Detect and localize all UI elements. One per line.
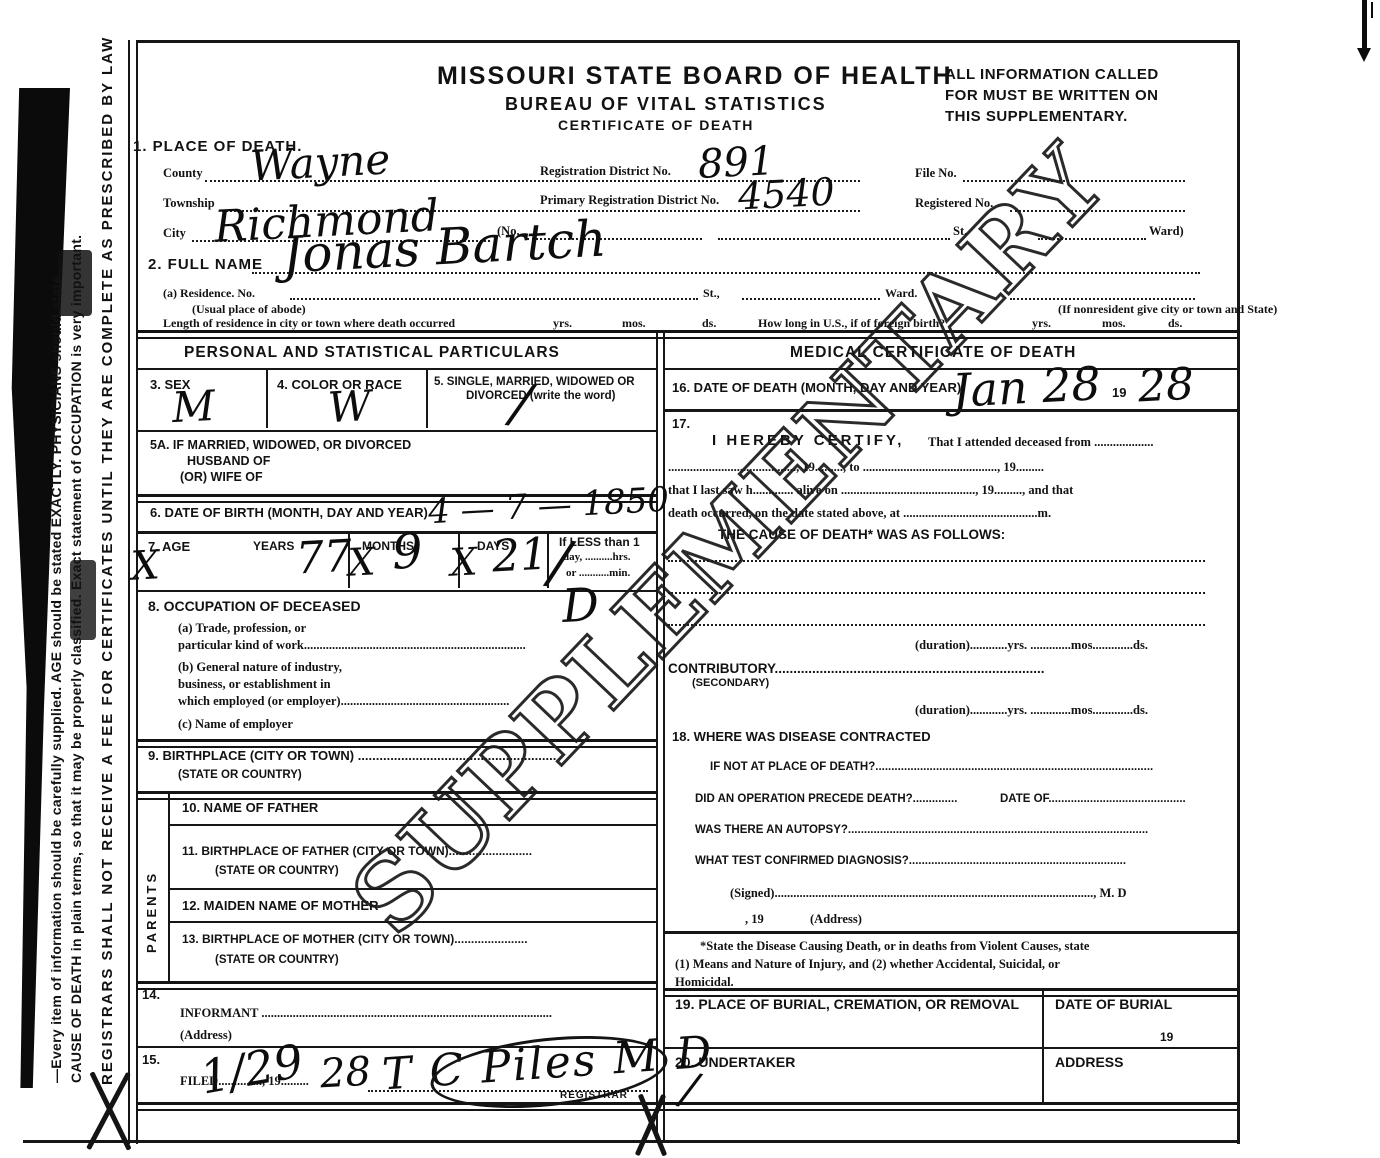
rule-under-psp xyxy=(136,368,658,370)
field18-label: 18. WHERE WAS DISEASE CONTRACTED xyxy=(672,729,931,744)
divider-center-outer xyxy=(656,332,658,1142)
date-of-death-19: 19 xyxy=(1112,385,1126,400)
age-days-value: 21 xyxy=(491,529,550,583)
dob-label: 6. DATE OF BIRTH (MONTH, DAY AND YEAR) xyxy=(150,505,428,520)
mother-birthplace-label: 13. BIRTHPLACE OF MOTHER (CITY OR TOWN).… xyxy=(182,932,528,946)
informant-address-label: (Address) xyxy=(180,1028,232,1043)
residence-st-label: St., xyxy=(703,286,720,301)
margin-note-line1: —Every item of information should be car… xyxy=(46,235,66,1083)
undertaker-address-label: ADDRESS xyxy=(1055,1054,1123,1070)
registrar-label: REGISTRAR xyxy=(560,1090,628,1101)
duration-line1: (duration)............yrs. .............… xyxy=(915,638,1148,653)
birthplace-state-label: (STATE OR COUNTRY) xyxy=(178,769,302,781)
attended-text: That I attended deceased from ..........… xyxy=(928,435,1153,450)
sex-value: M xyxy=(171,381,217,432)
burial-place-label: 19. PLACE OF BURIAL, CREMATION, OR REMOV… xyxy=(675,996,1019,1012)
rule-under-19 xyxy=(664,1047,1238,1049)
rule-under-18 xyxy=(664,931,1238,934)
mother-maiden-label: 12. MAIDEN NAME OF MOTHER xyxy=(182,898,378,913)
marital-label-line2: DIVORCED (write the word) xyxy=(466,390,616,402)
howlong-ds: ds. xyxy=(1168,316,1182,331)
township-label: Township xyxy=(163,196,215,211)
date-of-death-year: 28 xyxy=(1137,359,1196,413)
sep-race-marital xyxy=(426,370,428,428)
marital-label-line1: 5. SINGLE, MARRIED, WIDOWED OR xyxy=(434,376,635,388)
age-x-mid: X xyxy=(347,539,376,584)
parents-vertical-label: PARENTS xyxy=(144,871,159,953)
burial-date-label: DATE OF BURIAL xyxy=(1055,996,1172,1012)
abode-note: (Usual place of abode) xyxy=(192,302,306,317)
occupation-a1: (a) Trade, profession, or xyxy=(178,621,306,636)
occupation-label: 8. OCCUPATION OF DECEASED xyxy=(148,598,361,614)
length-mos: mos. xyxy=(622,316,646,331)
street-line xyxy=(718,238,950,240)
residence-extra-line xyxy=(1010,298,1195,300)
county-label: County xyxy=(163,166,203,181)
file-no-label: File No. xyxy=(915,166,957,181)
secondary-label: (SECONDARY) xyxy=(692,677,769,689)
border-right xyxy=(1237,40,1240,1144)
registration-district-label: Registration District No. xyxy=(540,164,671,179)
rule-under-parents xyxy=(136,981,658,990)
footnote-line2: (1) Means and Nature of Injury, and (2) … xyxy=(675,957,1060,972)
age-x-right: X xyxy=(449,539,478,584)
howlong-yrs: yrs. xyxy=(1032,316,1051,331)
age-months-value: 9 xyxy=(391,523,424,581)
occupation-c: (c) Name of employer xyxy=(178,717,293,732)
footnote-line1: *State the Disease Causing Death, or in … xyxy=(700,939,1089,954)
field5a-line1: 5A. IF MARRIED, WIDOWED, OR DIVORCED xyxy=(150,438,411,452)
filed-date-value: 1/29 xyxy=(196,1033,307,1104)
informant-label: INFORMANT ..............................… xyxy=(180,1006,552,1021)
rule-under-birthplace xyxy=(136,791,658,800)
certificate-subtitle: CERTIFICATE OF DEATH xyxy=(558,117,754,133)
father-name-label: 10. NAME OF FATHER xyxy=(182,800,318,815)
bureau-subtitle: BUREAU OF VITAL STATISTICS xyxy=(505,94,827,115)
field5a-line2: HUSBAND OF xyxy=(187,454,270,468)
sep-sex-race xyxy=(266,370,268,428)
duration-line2: (duration)............yrs. .............… xyxy=(915,703,1148,718)
primary-registration-value: 4540 xyxy=(737,169,836,218)
death-certificate-scan: —Every item of information should be car… xyxy=(0,0,1380,1158)
primary-registration-label: Primary Registration District No. xyxy=(540,193,719,208)
less-hrs-label: day, ..........hrs. xyxy=(563,551,631,563)
rule-under-top-section xyxy=(136,330,1238,339)
age-years-value: 77 xyxy=(295,531,354,585)
father-birthplace-state: (STATE OR COUNTRY) xyxy=(215,865,339,877)
age-years-label: YEARS xyxy=(253,539,294,553)
field18-autopsy: WAS THERE AN AUTOPSY?...................… xyxy=(695,824,1148,836)
field18-notplace: IF NOT AT PLACE OF DEATH?...............… xyxy=(710,761,1153,773)
city-label: City xyxy=(163,226,186,241)
dob-value: 4 — 7 — 1850 xyxy=(427,480,670,533)
divider-center-inner xyxy=(663,332,665,1142)
section2-label: 2. FULL NAME xyxy=(148,256,263,273)
notice-line1: ALL INFORMATION CALLED xyxy=(945,66,1159,83)
margin-note-line2: CAUSE OF DEATH in plain terms, so that i… xyxy=(66,235,86,1083)
residence-ward-line xyxy=(742,298,880,300)
field18-operation: DID AN OPERATION PRECEDE DEATH?.........… xyxy=(695,793,957,805)
notice-line2: FOR MUST BE WRITTEN ON xyxy=(945,87,1159,104)
border-bottom xyxy=(23,1140,1240,1143)
length-ds: ds. xyxy=(702,316,716,331)
occupation-b1: (b) General nature of industry, xyxy=(178,660,342,675)
border-left-outer xyxy=(128,40,130,1144)
signed-line: (Signed)................................… xyxy=(730,886,1127,901)
cause-line3 xyxy=(668,624,1205,626)
border-left-inner xyxy=(136,40,138,1144)
notice-line3: THIS SUPPLEMENTARY. xyxy=(945,108,1128,125)
field5a-line3: (OR) WIFE OF xyxy=(180,470,263,484)
personal-particulars-title: PERSONAL AND STATISTICAL PARTICULARS xyxy=(184,344,560,362)
signed-address: (Address) xyxy=(810,912,862,927)
length-yrs: yrs. xyxy=(553,316,572,331)
field18-test: WHAT TEST CONFIRMED DIAGNOSIS?..........… xyxy=(695,855,1126,867)
ward-label: Ward) xyxy=(1149,224,1184,239)
occupation-b2: business, or establishment in xyxy=(178,677,331,692)
length-residence-label: Length of residence in city or town wher… xyxy=(163,316,455,331)
age-x-left: X xyxy=(130,542,161,589)
occupation-a2: particular kind of work.................… xyxy=(178,638,526,653)
mother-birthplace-state: (STATE OR COUNTRY) xyxy=(215,954,339,966)
field18-dateof: DATE OF.................................… xyxy=(1000,793,1186,805)
signed-19: , 19 xyxy=(745,912,764,927)
race-value: W xyxy=(327,381,373,432)
board-title: MISSOURI STATE BOARD OF HEALTH xyxy=(437,62,953,91)
border-top xyxy=(138,40,1240,43)
filed-year-value: 28 xyxy=(319,1049,372,1098)
howlong-mos: mos. xyxy=(1102,316,1126,331)
residence-label: (a) Residence. No. xyxy=(163,286,255,301)
rule-under-row3 xyxy=(136,430,658,432)
county-value: Wayne xyxy=(249,134,392,190)
margin-instructions: —Every item of information should be car… xyxy=(46,235,86,1083)
nonresident-note: (If nonresident give city or town and St… xyxy=(1058,302,1277,317)
field14-number: 14. xyxy=(142,987,160,1002)
rule-under-dod xyxy=(664,409,1238,412)
margin-registrars-notice: REGISTRARS SHALL NOT RECEIVE A FEE FOR C… xyxy=(99,36,116,1085)
field17-number: 17. xyxy=(672,416,690,431)
occupation-b3: which employed (or employer)............… xyxy=(178,694,509,709)
contributory-label: CONTRIBUTORY............................… xyxy=(668,661,1045,676)
burial-19: 19 xyxy=(1160,1030,1173,1044)
field15-number: 15. xyxy=(142,1052,160,1067)
residence-no-line xyxy=(290,298,698,300)
